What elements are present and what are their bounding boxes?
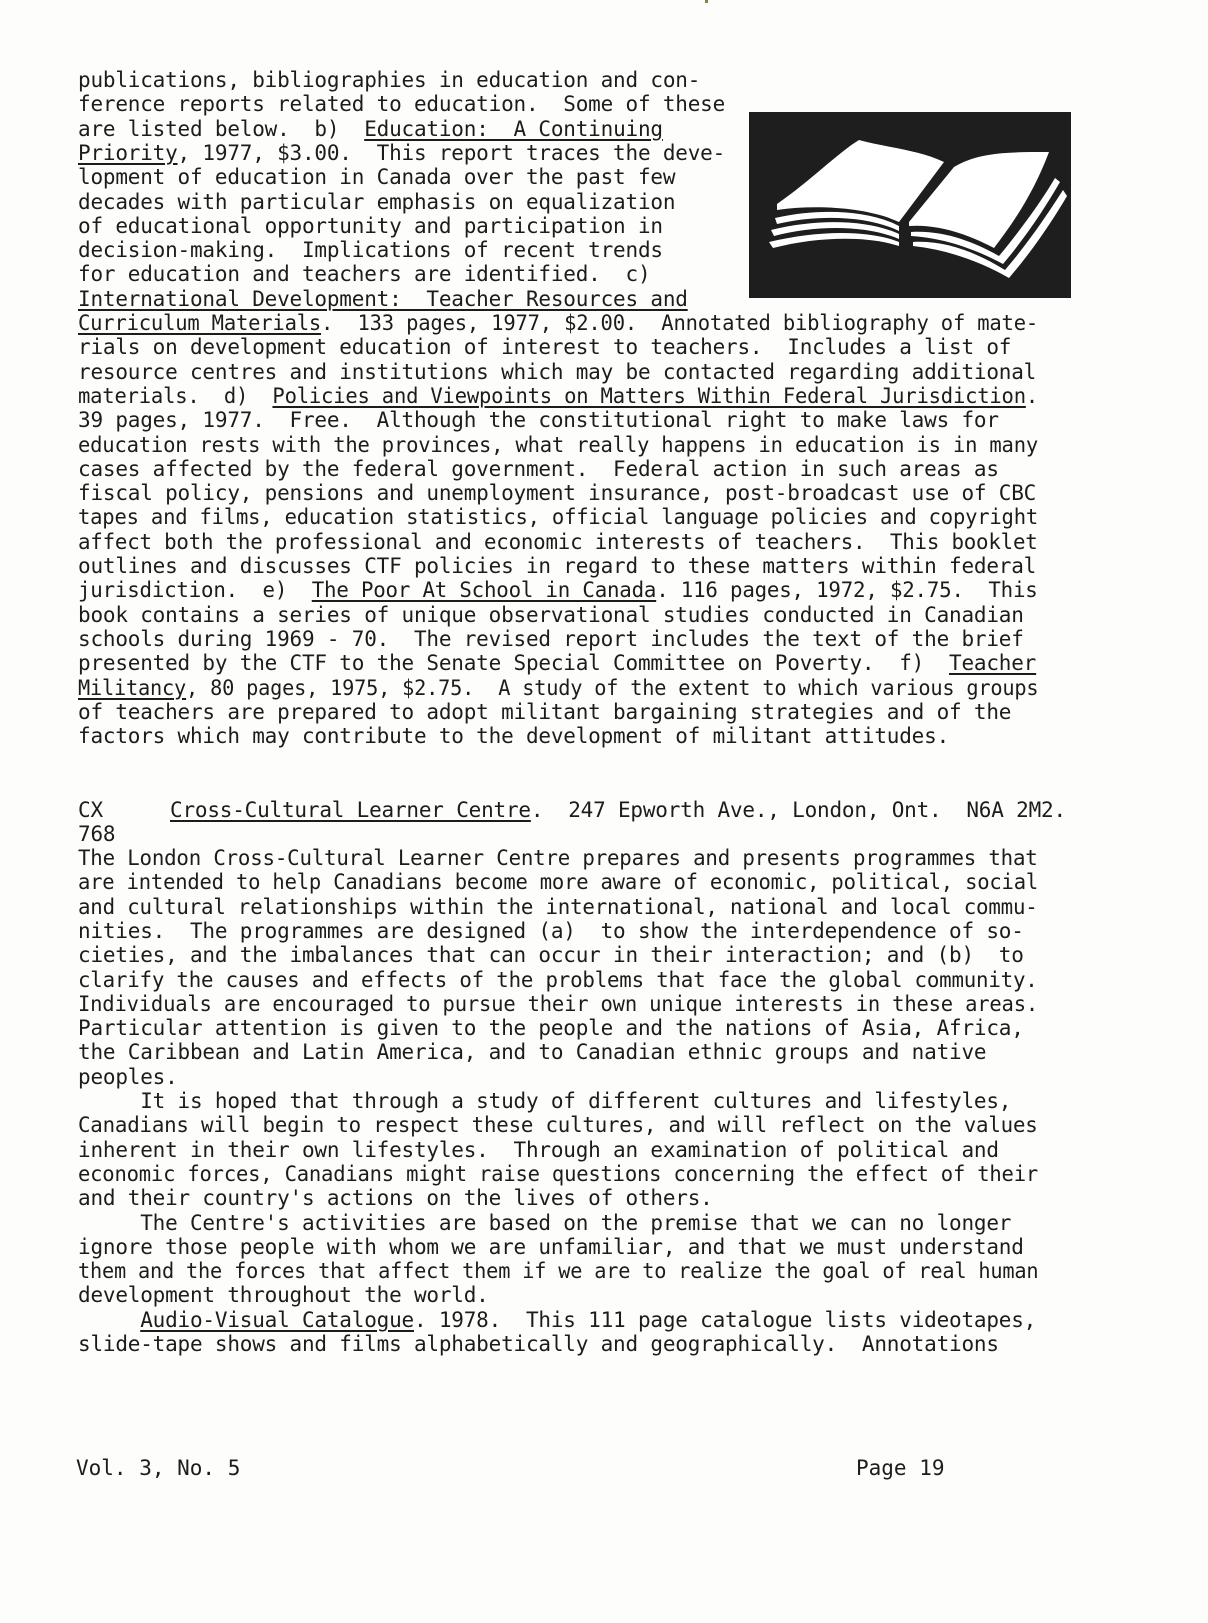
text-line: materials. d) Policies and Viewpoints on…: [78, 384, 1038, 408]
text-run: and cultural relationships within the in…: [78, 895, 1038, 919]
text-line: The Centre's activities are based on the…: [78, 1211, 1011, 1235]
text-line: the Caribbean and Latin America, and to …: [78, 1040, 986, 1064]
text-run: Canadians will begin to respect these cu…: [78, 1113, 1038, 1137]
underlined-title: International Development: Teacher Resou…: [78, 287, 688, 311]
text-line: presented by the CTF to the Senate Speci…: [78, 651, 1036, 675]
text-run: rials on development education of intere…: [78, 335, 1011, 359]
text-run: of educational opportunity and participa…: [78, 214, 663, 238]
text-line: of educational opportunity and participa…: [78, 214, 663, 238]
text-run: clarify the causes and effects of the pr…: [78, 968, 1038, 992]
text-run: lopment of education in Canada over the …: [78, 165, 675, 189]
text-run: 39 pages, 1977. Free. Although the const…: [78, 408, 999, 432]
text-run: economic forces, Canadians might raise q…: [78, 1162, 1038, 1186]
text-line: peoples.: [78, 1065, 178, 1089]
text-run: are intended to help Canadians become mo…: [78, 870, 1038, 894]
text-line: Militancy, 80 pages, 1975, $2.75. A stud…: [78, 676, 1038, 700]
text-run: inherent in their own lifestyles. Throug…: [78, 1138, 999, 1162]
document-page: publications, bibliographies in educatio…: [0, 0, 1208, 1623]
text-line: for education and teachers are identifie…: [78, 262, 650, 286]
text-run: ference reports related to education. So…: [78, 92, 725, 116]
entry-code: CX: [78, 798, 103, 822]
text-run: affect both the professional and economi…: [78, 530, 1038, 554]
text-line: of teachers are prepared to adopt milita…: [78, 700, 1011, 724]
text-line: decision-making. Implications of recent …: [78, 238, 663, 262]
text-run: tapes and films, education statistics, o…: [78, 505, 1038, 529]
text-line: It is hoped that through a study of diff…: [78, 1089, 1011, 1113]
text-run: are listed below. b): [78, 117, 364, 141]
text-line: ference reports related to education. So…: [78, 92, 725, 116]
text-line: education rests with the provinces, what…: [78, 433, 1038, 457]
text-run: the Caribbean and Latin America, and to …: [78, 1040, 986, 1064]
text-run: Particular attention is given to the peo…: [78, 1016, 1024, 1040]
text-line: nities. The programmes are designed (a) …: [78, 919, 1024, 943]
text-line: Curriculum Materials. 133 pages, 1977, $…: [78, 311, 1038, 335]
text-run: jurisdiction. e): [78, 578, 312, 602]
text-line: The London Cross-Cultural Learner Centre…: [78, 846, 1038, 870]
underlined-title: Priority: [78, 141, 178, 165]
text-line: tapes and films, education statistics, o…: [78, 505, 1038, 529]
text-line: ignore those people with whom we are unf…: [78, 1235, 1024, 1259]
text-line: schools during 1969 - 70. The revised re…: [78, 627, 1024, 651]
text-run: publications, bibliographies in educatio…: [78, 68, 700, 92]
text-run: Individuals are encouraged to pursue the…: [78, 992, 1038, 1016]
text-line: Audio-Visual Catalogue. 1978. This 111 p…: [78, 1308, 1036, 1332]
text-line: inherent in their own lifestyles. Throug…: [78, 1138, 999, 1162]
entry-address: . 247 Epworth Ave., London, Ont. N6A 2M2…: [531, 798, 1066, 822]
text-run: The Centre's activities are based on the…: [78, 1211, 1011, 1235]
text-line: and their country's actions on the lives…: [78, 1186, 713, 1210]
text-line: resource centres and institutions which …: [78, 360, 1036, 384]
text-run: factors which may contribute to the deve…: [78, 724, 949, 748]
text-line: fiscal policy, pensions and unemployment…: [78, 481, 1036, 505]
underlined-title: Teacher: [949, 651, 1036, 675]
text-line: factors which may contribute to the deve…: [78, 724, 949, 748]
text-run: decades with particular emphasis on equa…: [78, 190, 675, 214]
text-run: development throughout the world.: [78, 1283, 489, 1307]
underlined-title: The Poor At School in Canada: [312, 578, 656, 602]
text-run: them and the forces that affect them if …: [78, 1259, 1038, 1283]
text-line: and cultural relationships within the in…: [78, 895, 1038, 919]
text-run: The London Cross-Cultural Learner Centre…: [78, 846, 1038, 870]
text-run: outlines and discusses CTF policies in r…: [78, 554, 1036, 578]
text-run: , 1977, $3.00. This report traces the de…: [178, 141, 726, 165]
text-run: schools during 1969 - 70. The revised re…: [78, 627, 1024, 651]
footer-volume: Vol. 3, No. 5: [76, 1456, 240, 1480]
text-run: .: [1026, 384, 1038, 408]
print-mark: [705, 0, 708, 3]
text-run: , 80 pages, 1975, $2.75. A study of the …: [186, 676, 1038, 700]
text-line: clarify the causes and effects of the pr…: [78, 968, 1038, 992]
text-line: International Development: Teacher Resou…: [78, 287, 688, 311]
underlined-title: Audio-Visual Catalogue: [140, 1308, 414, 1332]
footer-page-number: Page 19: [856, 1456, 945, 1480]
text-line: lopment of education in Canada over the …: [78, 165, 675, 189]
text-run: slide-tape shows and films alphabeticall…: [78, 1332, 999, 1356]
open-book-icon: [749, 112, 1071, 298]
entry-number: 768: [78, 822, 115, 846]
text-line: publications, bibliographies in educatio…: [78, 68, 700, 92]
entry-title: Cross-Cultural Learner Centre: [170, 798, 531, 822]
text-line: are intended to help Canadians become mo…: [78, 870, 1038, 894]
text-line: Canadians will begin to respect these cu…: [78, 1113, 1038, 1137]
text-run: fiscal policy, pensions and unemployment…: [78, 481, 1036, 505]
text-run: nities. The programmes are designed (a) …: [78, 919, 1024, 943]
text-run: decision-making. Implications of recent …: [78, 238, 663, 262]
text-run: ignore those people with whom we are unf…: [78, 1235, 1024, 1259]
text-line: decades with particular emphasis on equa…: [78, 190, 675, 214]
text-line: book contains a series of unique observa…: [78, 603, 1024, 627]
text-line: Individuals are encouraged to pursue the…: [78, 992, 1038, 1016]
underlined-title: Policies and Viewpoints on Matters Withi…: [272, 384, 1025, 408]
text-run: [78, 1308, 140, 1332]
text-line: Particular attention is given to the peo…: [78, 1016, 1024, 1040]
text-run: materials. d): [78, 384, 272, 408]
text-run: presented by the CTF to the Senate Speci…: [78, 651, 949, 675]
text-run: and their country's actions on the lives…: [78, 1186, 713, 1210]
text-line: jurisdiction. e) The Poor At School in C…: [78, 578, 1038, 602]
text-line: cases affected by the federal government…: [78, 457, 999, 481]
text-line: outlines and discusses CTF policies in r…: [78, 554, 1036, 578]
underlined-title: Militancy: [78, 676, 186, 700]
entry-heading: Cross-Cultural Learner Centre. 247 Epwor…: [170, 798, 1066, 822]
text-run: peoples.: [78, 1065, 178, 1089]
text-line: 39 pages, 1977. Free. Although the const…: [78, 408, 999, 432]
text-line: are listed below. b) Education: A Contin…: [78, 117, 663, 141]
text-line: development throughout the world.: [78, 1283, 489, 1307]
text-line: rials on development education of intere…: [78, 335, 1011, 359]
text-run: It is hoped that through a study of diff…: [78, 1089, 1011, 1113]
text-run: . 1978. This 111 page catalogue lists vi…: [414, 1308, 1036, 1332]
text-run: book contains a series of unique observa…: [78, 603, 1024, 627]
text-line: slide-tape shows and films alphabeticall…: [78, 1332, 999, 1356]
underlined-title: Education: A Continuing: [364, 117, 663, 141]
text-line: affect both the professional and economi…: [78, 530, 1038, 554]
underlined-title: Curriculum Materials: [78, 311, 321, 335]
text-run: . 116 pages, 1972, $2.75. This: [656, 578, 1037, 602]
text-run: cases affected by the federal government…: [78, 457, 999, 481]
text-line: cieties, and the imbalances that can occ…: [78, 943, 1024, 967]
text-run: resource centres and institutions which …: [78, 360, 1036, 384]
text-line: them and the forces that affect them if …: [78, 1259, 1038, 1283]
text-run: . 133 pages, 1977, $2.00. Annotated bibl…: [321, 311, 1038, 335]
text-run: for education and teachers are identifie…: [78, 262, 650, 286]
text-run: education rests with the provinces, what…: [78, 433, 1038, 457]
text-line: Priority, 1977, $3.00. This report trace…: [78, 141, 725, 165]
text-line: economic forces, Canadians might raise q…: [78, 1162, 1038, 1186]
text-run: of teachers are prepared to adopt milita…: [78, 700, 1011, 724]
text-run: cieties, and the imbalances that can occ…: [78, 943, 1024, 967]
